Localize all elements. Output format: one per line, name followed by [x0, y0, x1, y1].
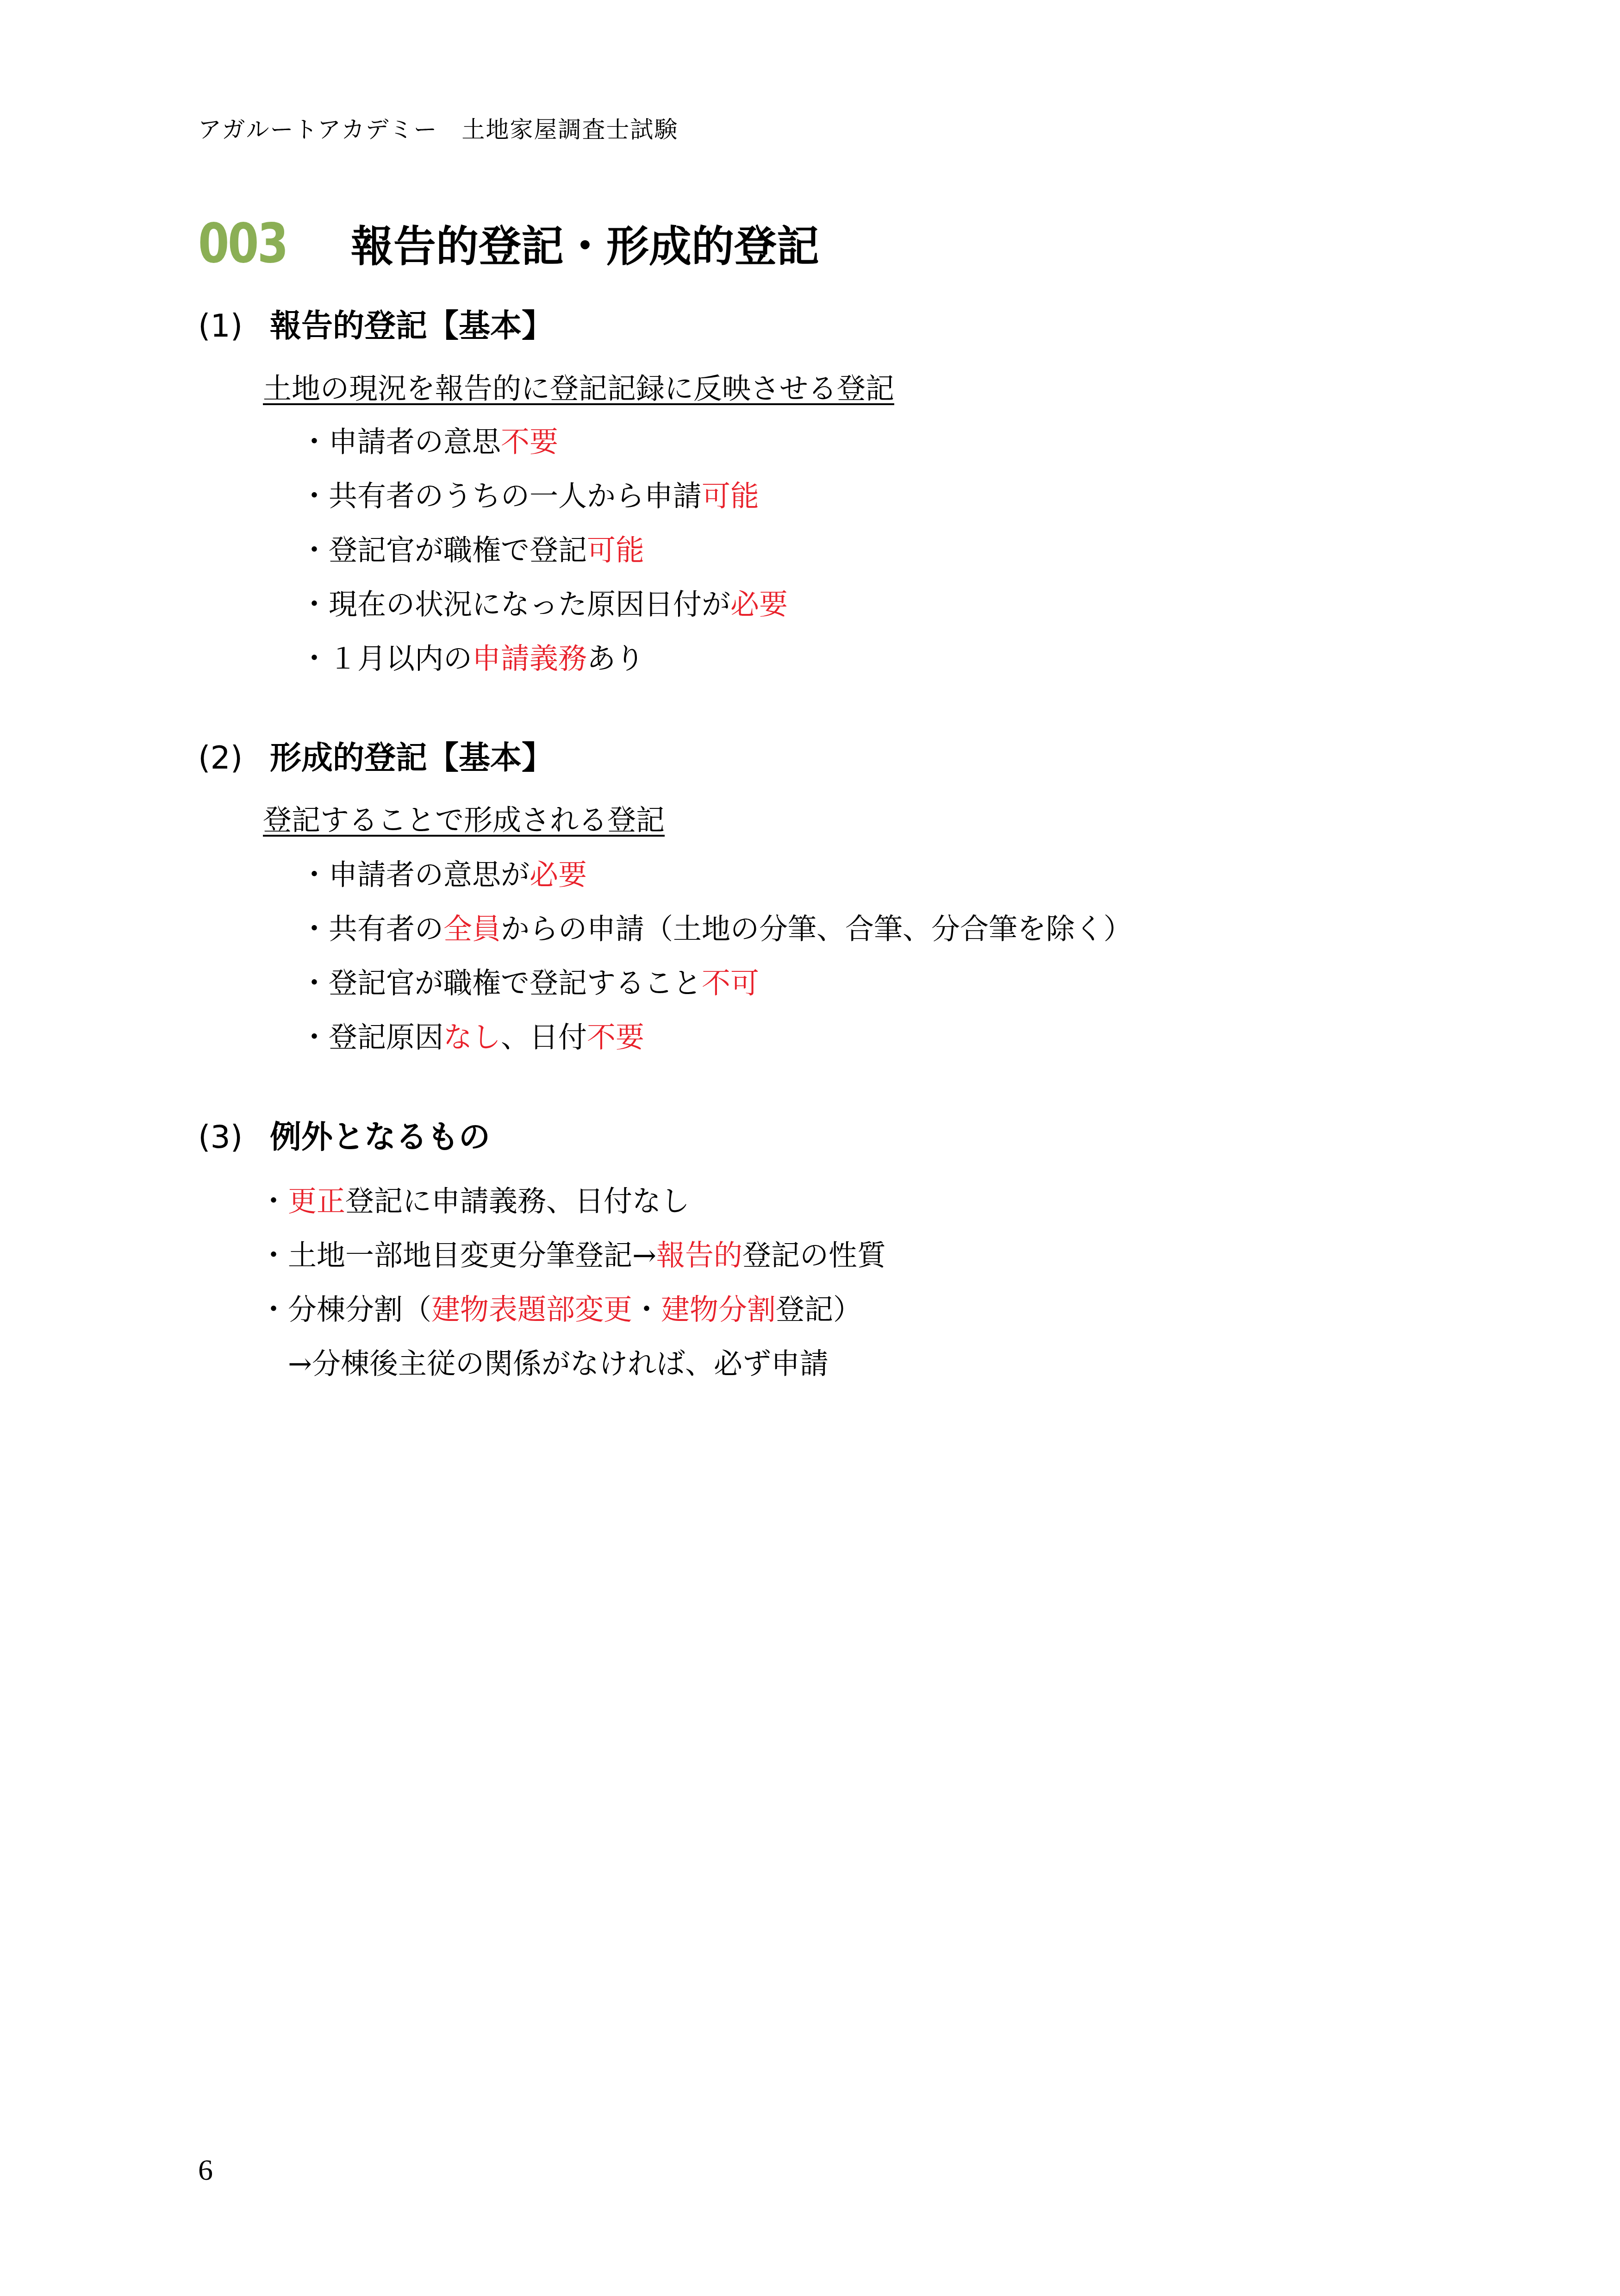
- page-title: 003 報告的登記・形成的登記: [198, 211, 819, 275]
- section-3-bullet-4: →分棟後主従の関係がなければ、必ず申請: [259, 1341, 829, 1382]
- page-number: 6: [198, 2153, 213, 2187]
- section-1-bullet-4: ・現在の状況になった原因日付が必要: [300, 582, 788, 623]
- section-3-number: (3): [198, 1119, 270, 1156]
- section-3-bullet-3: ・分棟分割（建物表題部変更・建物分割登記）: [259, 1287, 862, 1328]
- section-2-bullet-4: ・登記原因なし、日付不要: [300, 1014, 644, 1056]
- section-1-number: (1): [198, 308, 270, 344]
- section-1-bullet-2: ・共有者のうちの一人から申請可能: [300, 473, 759, 514]
- section-1-bullet-1: ・申請者の意思不要: [300, 419, 558, 460]
- section-3-heading: (3) 例外となるもの: [198, 1112, 490, 1157]
- section-2-definition: 登記することで形成される登記: [263, 797, 665, 838]
- section-3-bullet-1: ・更正登記に申請義務、日付なし: [259, 1178, 690, 1220]
- section-1-bullet-5: ・１月以内の申請義務あり: [300, 636, 644, 677]
- document-header: アガルートアカデミー 土地家屋調査士試験: [198, 111, 679, 144]
- title-number: 003: [198, 211, 324, 275]
- section-2-bullet-3: ・登記官が職権で登記すること不可: [300, 960, 759, 1001]
- section-3-bullet-2: ・土地一部地目変更分筆登記→報告的登記の性質: [259, 1232, 886, 1274]
- section-2-number: (2): [198, 740, 270, 776]
- section-1-definition: 土地の現況を報告的に登記記録に反映させる登記: [263, 366, 894, 407]
- section-1-bullet-3: ・登記官が職権で登記可能: [300, 527, 644, 569]
- section-2-title: 形成的登記【基本】: [270, 733, 553, 778]
- section-1-heading: (1) 報告的登記【基本】: [198, 301, 553, 346]
- title-text: 報告的登記・形成的登記: [351, 213, 819, 274]
- section-2-heading: (2) 形成的登記【基本】: [198, 733, 553, 778]
- section-2-bullet-2: ・共有者の全員からの申請（土地の分筆、合筆、分合筆を除く）: [300, 906, 1132, 947]
- section-3-title: 例外となるもの: [270, 1112, 490, 1157]
- section-2-bullet-1: ・申請者の意思が必要: [300, 852, 587, 893]
- section-1-title: 報告的登記【基本】: [270, 301, 553, 346]
